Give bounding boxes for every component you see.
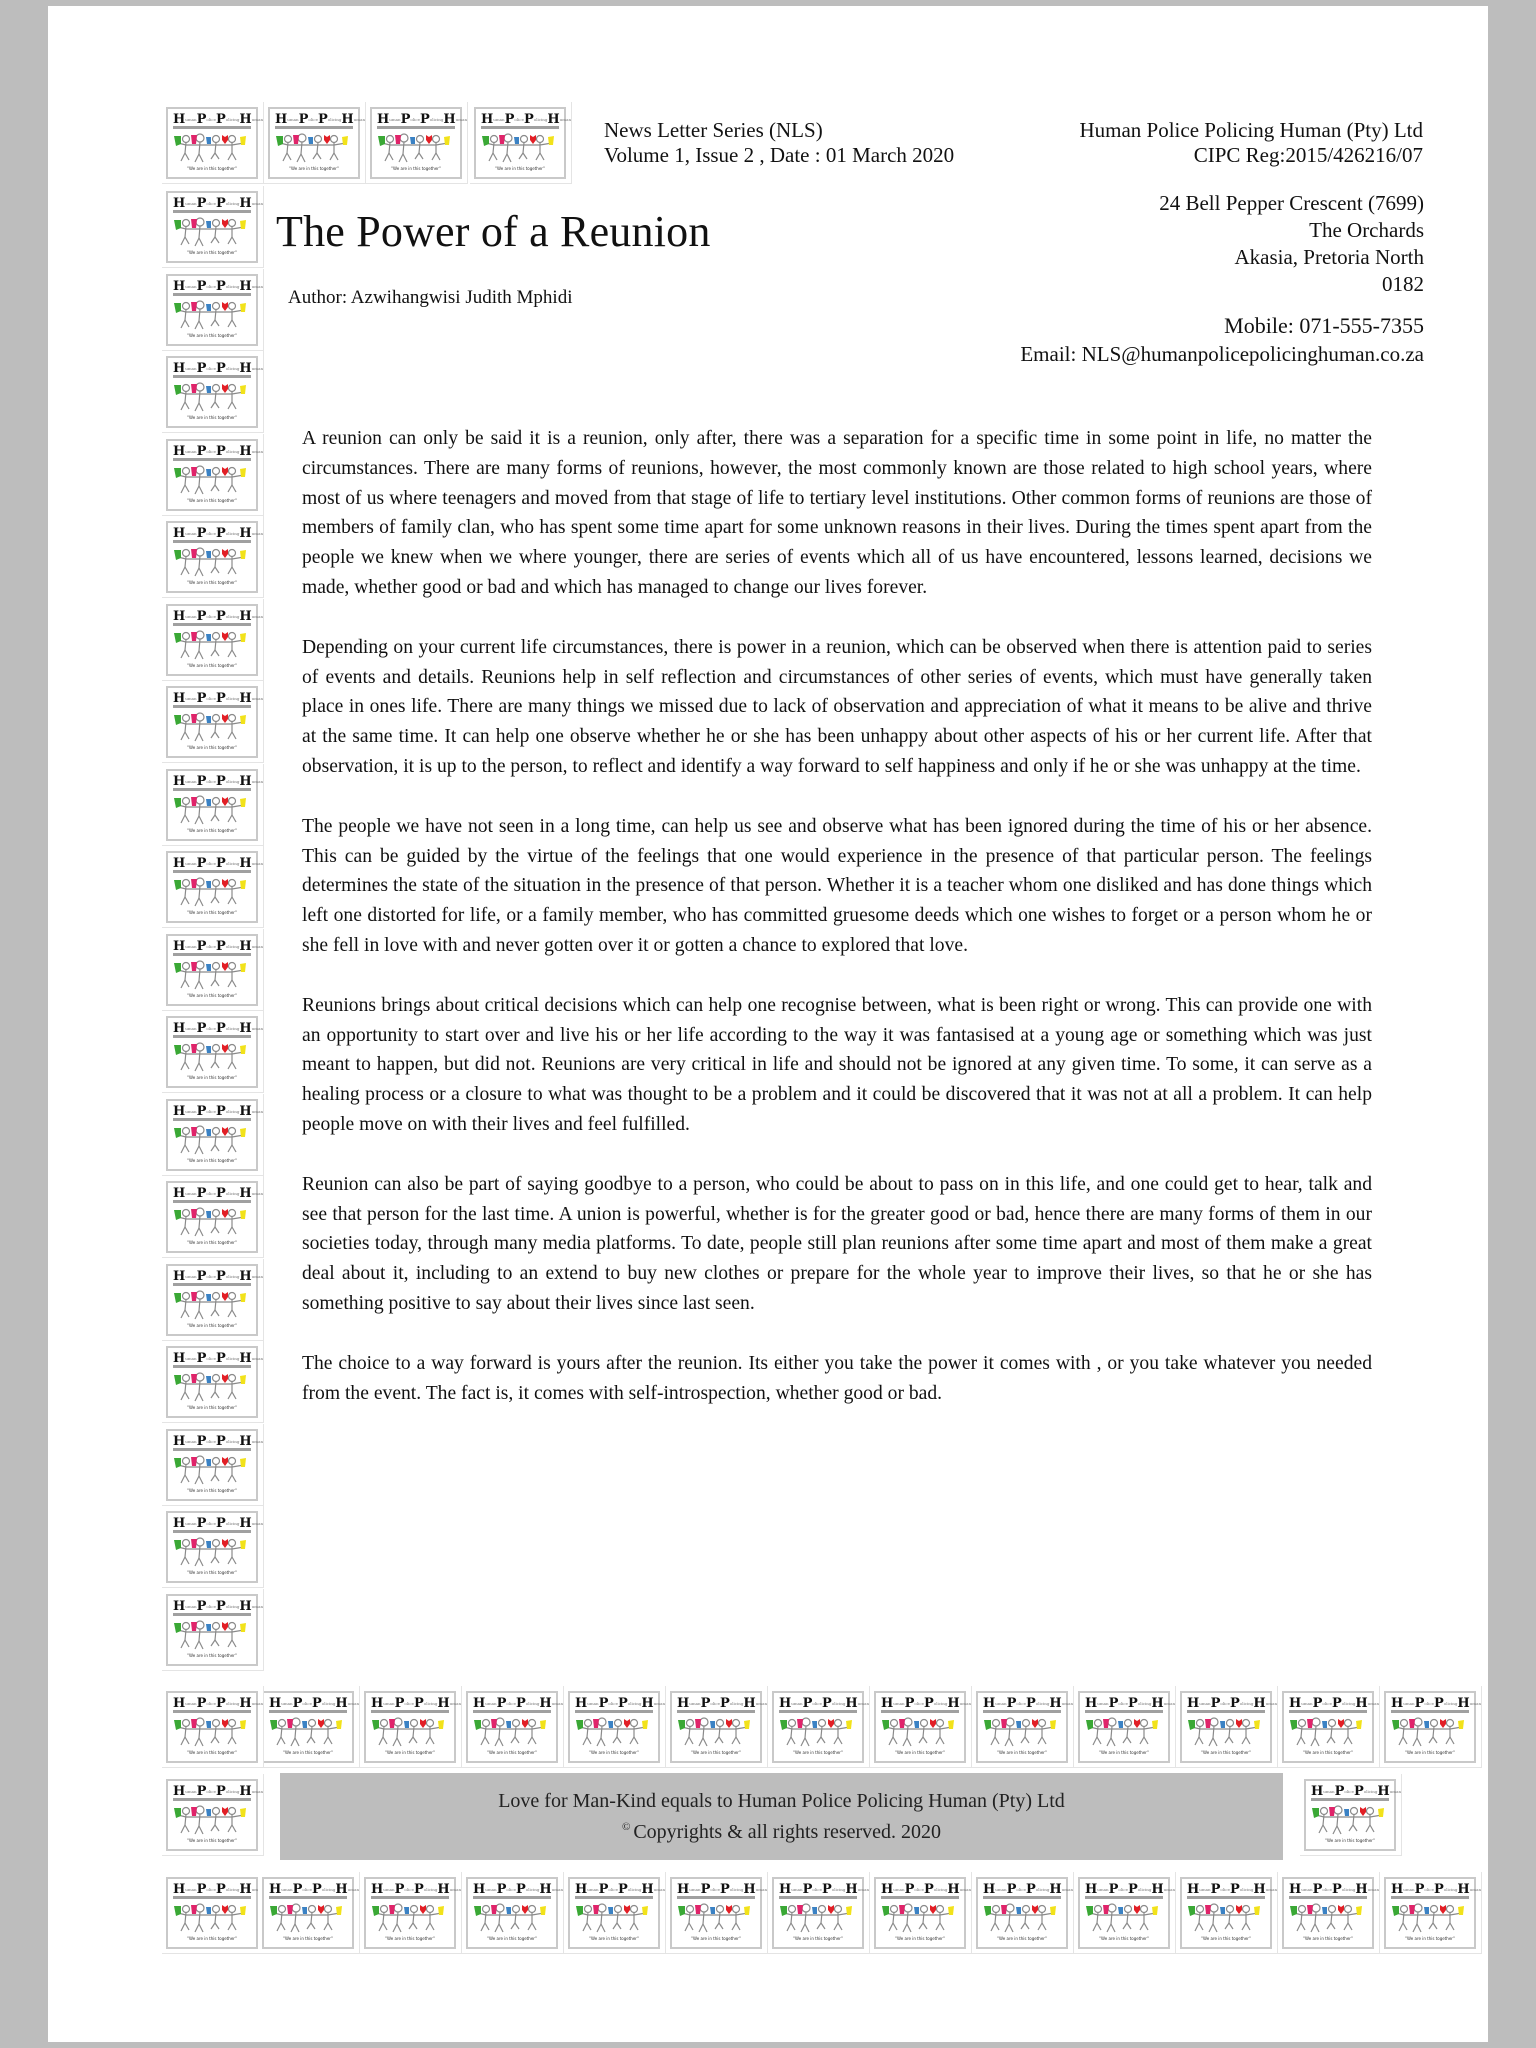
logo-motto: "We are in this together" (589, 1936, 639, 1941)
logo-tile: Human Police Policing Human "We (264, 102, 366, 184)
logo-motto: "We are in this together" (1201, 1936, 1251, 1941)
hpph-logo-icon: Human Police Policing Human "We (976, 1877, 1068, 1949)
logo-letters: Human Police Policing Human (377, 114, 455, 129)
logo-letters: Human Police Policing Human (1311, 1786, 1389, 1801)
hpph-logo-icon: Human Police Policing Human "We (166, 604, 258, 676)
copyright-text: Copyrights & all rights reserved. 2020 (633, 1821, 941, 1843)
article-paragraph: Reunions brings about critical decisions… (302, 991, 1372, 1140)
hpph-logo-icon: Human Police Policing Human "We (976, 1691, 1068, 1763)
logo-letters: Human Police Policing Human (473, 1884, 551, 1899)
hpph-logo-icon: Human Police Policing Human "We (166, 191, 258, 263)
logo-letters: Human Police Policing Human (575, 1698, 653, 1713)
logo-tile: Human Police Policing Human "We (162, 599, 264, 681)
logo-tile: Human Police Policing Human "We (360, 1686, 462, 1768)
address-line-1: 24 Bell Pepper Crescent (7699) (848, 190, 1424, 217)
logo-letters: Human Police Policing Human (173, 1106, 251, 1121)
logo-tile: Human Police Policing Human "We (162, 764, 264, 846)
logo-motto: "We are in this together" (589, 1750, 639, 1755)
logo-motto: "We are in this together" (385, 1936, 435, 1941)
logo-letters: Human Police Policing Human (173, 1188, 251, 1203)
stick-figures-icon (172, 875, 252, 909)
stick-figures-icon (172, 131, 252, 165)
hpph-logo-icon: Human Police Policing Human "We (166, 1691, 258, 1763)
article-body: A reunion can only be said it is a reuni… (302, 424, 1372, 1438)
logo-letters: Human Police Policing Human (473, 1698, 551, 1713)
logo-motto: "We are in this together" (187, 745, 237, 750)
logo-letters: Human Police Policing Human (269, 1698, 347, 1713)
logo-tile: Human Police Policing Human "We (162, 846, 264, 928)
logo-motto: "We are in this together" (1325, 1838, 1375, 1843)
stick-figures-icon (1186, 1715, 1266, 1749)
logo-letters: Human Police Policing Human (173, 198, 251, 213)
stick-figures-icon (172, 1618, 252, 1652)
logo-motto: "We are in this together" (187, 1570, 237, 1575)
email-address: Email: NLS@humanpolicepolicinghuman.co.z… (748, 340, 1424, 368)
hpph-logo-icon: Human Police Policing Human "We (568, 1877, 660, 1949)
hpph-logo-icon: Human Police Policing Human "We (166, 274, 258, 346)
logo-motto: "We are in this together" (1099, 1936, 1149, 1941)
copyright-icon: © (622, 1821, 630, 1833)
logo-tile: Human Police Policing Human "We (162, 1774, 264, 1856)
logo-tile: Human Police Policing Human "We (470, 102, 572, 184)
hpph-logo-icon: Human Police Policing Human "We (466, 1691, 558, 1763)
logo-tile: Human Police Policing Human "We (162, 1506, 264, 1588)
stick-figures-icon (268, 1901, 348, 1935)
logo-tile: Human Police Policing Human "We (258, 1686, 360, 1768)
stick-figures-icon (172, 1205, 252, 1239)
hpph-logo-icon: Human Police Policing Human "We (262, 1877, 354, 1949)
logo-motto: "We are in this together" (895, 1936, 945, 1941)
mobile-number: Mobile: 071-555-7355 (748, 312, 1424, 340)
logo-tile: Human Police Policing Human "We (1278, 1872, 1380, 1954)
stick-figures-icon (370, 1901, 450, 1935)
logo-letters: Human Police Policing Human (881, 1698, 959, 1713)
footer-slogan: Love for Man-Kind equals to Human Police… (498, 1788, 1065, 1814)
logo-tile: Human Police Policing Human "We (1074, 1872, 1176, 1954)
stick-figures-icon (172, 463, 252, 497)
logo-motto: "We are in this together" (187, 1838, 237, 1843)
stick-figures-icon (982, 1901, 1062, 1935)
hpph-logo-icon: Human Police Policing Human "We (166, 769, 258, 841)
hpph-logo-icon: Human Police Policing Human "We (1282, 1691, 1374, 1763)
hpph-logo-icon: Human Police Policing Human "We (568, 1691, 660, 1763)
logo-motto: "We are in this together" (187, 1653, 237, 1658)
logo-letters: Human Police Policing Human (983, 1884, 1061, 1899)
logo-letters: Human Police Policing Human (173, 528, 251, 543)
logo-letters: Human Police Policing Human (1289, 1698, 1367, 1713)
hpph-logo-icon: Human Police Policing Human "We (166, 1346, 258, 1418)
logo-letters: Human Police Policing Human (371, 1698, 449, 1713)
hpph-logo-icon: Human Police Policing Human "We (262, 1691, 354, 1763)
article-paragraph: A reunion can only be said it is a reuni… (302, 424, 1372, 603)
hpph-logo-icon: Human Police Policing Human "We (1384, 1691, 1476, 1763)
stick-figures-icon (778, 1901, 858, 1935)
logo-tile: Human Police Policing Human "We (666, 1872, 768, 1954)
hpph-logo-icon: Human Police Policing Human "We (874, 1877, 966, 1949)
logo-tile: Human Police Policing Human "We (162, 1424, 264, 1506)
logo-motto: "We are in this together" (793, 1750, 843, 1755)
logo-letters: Human Police Policing Human (1391, 1884, 1469, 1899)
logo-tile: Human Police Policing Human "We (1380, 1686, 1482, 1768)
article-author: Author: Azwihangwisi Judith Mphidi (288, 286, 572, 310)
volume-issue-date: Volume 1, Issue 2 , Date : 01 March 2020 (604, 143, 954, 168)
stick-figures-icon (172, 215, 252, 249)
logo-tile: Human Police Policing Human "We (1176, 1686, 1278, 1768)
hpph-logo-icon: Human Police Policing Human "We (166, 439, 258, 511)
stick-figures-icon (172, 710, 252, 744)
logo-motto: "We are in this together" (283, 1936, 333, 1941)
logo-tile: Human Police Policing Human "We (768, 1872, 870, 1954)
stick-figures-icon (172, 1803, 252, 1837)
footer-copyright: ©Copyrights & all rights reserved. 2020 (622, 1814, 941, 1845)
logo-letters: Human Police Policing Human (173, 1271, 251, 1286)
logo-tile: Human Police Policing Human "We (462, 1872, 564, 1954)
series-label: News Letter Series (NLS) (604, 118, 954, 143)
hpph-logo-icon: Human Police Policing Human "We (166, 851, 258, 923)
logo-motto: "We are in this together" (691, 1750, 741, 1755)
article-title: The Power of a Reunion (276, 206, 711, 258)
contact-info: Mobile: 071-555-7355 Email: NLS@humanpol… (748, 312, 1424, 368)
logo-motto: "We are in this together" (187, 415, 237, 420)
hpph-logo-icon: Human Police Policing Human "We (670, 1877, 762, 1949)
logo-letters: Human Police Policing Human (173, 1353, 251, 1368)
logo-tile: Human Police Policing Human "We (162, 1686, 264, 1768)
logo-letters: Human Police Policing Human (779, 1698, 857, 1713)
stick-figures-icon (1084, 1901, 1164, 1935)
logo-motto: "We are in this together" (187, 1240, 237, 1245)
logo-tile: Human Police Policing Human "We (1176, 1872, 1278, 1954)
logo-motto: "We are in this together" (187, 663, 237, 668)
stick-figures-icon (172, 298, 252, 332)
logo-tile: Human Police Policing Human "We (162, 1094, 264, 1176)
hpph-logo-icon: Human Police Policing Human "We (1282, 1877, 1374, 1949)
logo-motto: "We are in this together" (187, 498, 237, 503)
logo-letters: Human Police Policing Human (173, 1436, 251, 1451)
logo-motto: "We are in this together" (895, 1750, 945, 1755)
hpph-logo-icon: Human Police Policing Human "We (670, 1691, 762, 1763)
logo-letters: Human Police Policing Human (881, 1884, 959, 1899)
stick-figures-icon (1084, 1715, 1164, 1749)
logo-letters: Human Police Policing Human (1187, 1884, 1265, 1899)
logo-letters: Human Police Policing Human (575, 1884, 653, 1899)
company-address: 24 Bell Pepper Crescent (7699) The Orcha… (848, 190, 1424, 298)
logo-tile: Human Police Policing Human "We (162, 681, 264, 763)
logo-motto: "We are in this together" (187, 580, 237, 585)
stick-figures-icon (778, 1715, 858, 1749)
logo-letters: Human Police Policing Human (275, 114, 353, 129)
stick-figures-icon (1186, 1901, 1266, 1935)
logo-motto: "We are in this together" (1201, 1750, 1251, 1755)
address-postal-code: 0182 (848, 271, 1424, 298)
stick-figures-icon (172, 545, 252, 579)
logo-tile: Human Police Policing Human "We (162, 186, 264, 268)
hpph-logo-icon: Human Police Policing Human "We (1304, 1779, 1396, 1851)
stick-figures-icon (172, 380, 252, 414)
stick-figures-icon (1310, 1803, 1390, 1837)
stick-figures-icon (1288, 1715, 1368, 1749)
logo-tile: Human Police Policing Human "We (162, 269, 264, 351)
hpph-logo-icon: Human Police Policing Human "We (268, 107, 360, 179)
logo-tile: Human Police Policing Human "We (258, 1872, 360, 1954)
logo-motto: "We are in this together" (691, 1936, 741, 1941)
article-paragraph: The choice to a way forward is yours aft… (302, 1349, 1372, 1409)
logo-motto: "We are in this together" (1303, 1936, 1353, 1941)
logo-motto: "We are in this together" (391, 166, 441, 171)
stick-figures-icon (472, 1901, 552, 1935)
stick-figures-icon (268, 1715, 348, 1749)
logo-motto: "We are in this together" (187, 1075, 237, 1080)
registration-number: CIPC Reg:2015/426216/07 (948, 143, 1423, 168)
logo-motto: "We are in this together" (187, 910, 237, 915)
hpph-logo-icon: Human Police Policing Human "We (166, 1099, 258, 1171)
stick-figures-icon (472, 1715, 552, 1749)
logo-motto: "We are in this together" (283, 1750, 333, 1755)
logo-motto: "We are in this together" (187, 1323, 237, 1328)
stick-figures-icon (1390, 1715, 1470, 1749)
logo-motto: "We are in this together" (487, 1936, 537, 1941)
hpph-logo-icon: Human Police Policing Human "We (474, 107, 566, 179)
address-line-3: Akasia, Pretoria North (848, 244, 1424, 271)
footer-banner: Love for Man-Kind equals to Human Police… (280, 1773, 1283, 1860)
logo-letters: Human Police Policing Human (173, 1884, 251, 1899)
logo-tile: Human Police Policing Human "We (462, 1686, 564, 1768)
logo-motto: "We are in this together" (187, 993, 237, 998)
article-paragraph: The people we have not seen in a long ti… (302, 812, 1372, 961)
hpph-logo-icon: Human Police Policing Human "We (370, 107, 462, 179)
hpph-logo-icon: Human Police Policing Human "We (166, 1511, 258, 1583)
article-paragraph: Reunion can also be part of saying goodb… (302, 1170, 1372, 1319)
stick-figures-icon (172, 958, 252, 992)
stick-figures-icon (172, 1535, 252, 1569)
stick-figures-icon (172, 1453, 252, 1487)
stick-figures-icon (172, 628, 252, 662)
logo-letters: Human Police Policing Human (173, 114, 251, 129)
logo-tile: Human Police Policing Human "We (564, 1872, 666, 1954)
logo-tile: Human Police Policing Human "We (162, 1176, 264, 1258)
logo-tile: Human Police Policing Human "We (360, 1872, 462, 1954)
hpph-logo-icon: Human Police Policing Human "We (166, 356, 258, 428)
logo-letters: Human Police Policing Human (677, 1884, 755, 1899)
logo-letters: Human Police Policing Human (269, 1884, 347, 1899)
stick-figures-icon (1288, 1901, 1368, 1935)
stick-figures-icon (172, 1123, 252, 1157)
logo-tile: Human Police Policing Human "We (162, 434, 264, 516)
logo-tile: Human Police Policing Human "We (162, 516, 264, 598)
newsletter-page: Human Police Policing Human "We (48, 6, 1488, 2042)
hpph-logo-icon: Human Police Policing Human "We (166, 1877, 258, 1949)
logo-letters: Human Police Policing Human (1085, 1884, 1163, 1899)
logo-tile: Human Police Policing Human "We (768, 1686, 870, 1768)
logo-tile: Human Police Policing Human "We (870, 1872, 972, 1954)
stick-figures-icon (676, 1715, 756, 1749)
logo-letters: Human Police Policing Human (173, 776, 251, 791)
hpph-logo-icon: Human Police Policing Human "We (874, 1691, 966, 1763)
logo-tile: Human Police Policing Human "We (366, 102, 468, 184)
logo-motto: "We are in this together" (385, 1750, 435, 1755)
logo-motto: "We are in this together" (487, 1750, 537, 1755)
logo-letters: Human Police Policing Human (1085, 1698, 1163, 1713)
logo-motto: "We are in this together" (187, 250, 237, 255)
logo-motto: "We are in this together" (495, 166, 545, 171)
logo-letters: Human Police Policing Human (173, 1786, 251, 1801)
stick-figures-icon (1390, 1901, 1470, 1935)
logo-letters: Human Police Policing Human (481, 114, 559, 129)
logo-motto: "We are in this together" (997, 1936, 1047, 1941)
stick-figures-icon (982, 1715, 1062, 1749)
logo-tile: Human Police Policing Human "We (666, 1686, 768, 1768)
logo-motto: "We are in this together" (289, 166, 339, 171)
logo-tile: Human Police Policing Human "We (162, 929, 264, 1011)
logo-tile: Human Police Policing Human "We (1278, 1686, 1380, 1768)
stick-figures-icon (172, 1370, 252, 1404)
logo-tile: Human Police Policing Human "We (162, 1589, 264, 1671)
stick-figures-icon (172, 1288, 252, 1322)
logo-letters: Human Police Policing Human (173, 693, 251, 708)
logo-letters: Human Police Policing Human (779, 1884, 857, 1899)
stick-figures-icon (676, 1901, 756, 1935)
logo-letters: Human Police Policing Human (173, 1698, 251, 1713)
hpph-logo-icon: Human Police Policing Human "We (166, 686, 258, 758)
stick-figures-icon (574, 1901, 654, 1935)
logo-letters: Human Police Policing Human (173, 858, 251, 873)
logo-tile: Human Police Policing Human "We (162, 102, 264, 184)
logo-letters: Human Police Policing Human (173, 363, 251, 378)
logo-tile: Human Police Policing Human "We (1074, 1686, 1176, 1768)
address-line-2: The Orchards (848, 217, 1424, 244)
stick-figures-icon (880, 1715, 960, 1749)
logo-motto: "We are in this together" (1405, 1750, 1455, 1755)
logo-tile: Human Police Policing Human "We (972, 1872, 1074, 1954)
logo-letters: Human Police Policing Human (1289, 1884, 1367, 1899)
hpph-logo-icon: Human Police Policing Human "We (166, 107, 258, 179)
stick-figures-icon (370, 1715, 450, 1749)
logo-letters: Human Police Policing Human (173, 1518, 251, 1533)
logo-tile: Human Police Policing Human "We (1300, 1774, 1402, 1856)
hpph-logo-icon: Human Police Policing Human "We (166, 1594, 258, 1666)
logo-tile: Human Police Policing Human "We (564, 1686, 666, 1768)
logo-letters: Human Police Policing Human (173, 1601, 251, 1616)
hpph-logo-icon: Human Police Policing Human "We (772, 1691, 864, 1763)
logo-motto: "We are in this together" (793, 1936, 843, 1941)
stick-figures-icon (172, 1901, 252, 1935)
logo-letters: Human Police Policing Human (983, 1698, 1061, 1713)
stick-figures-icon (376, 131, 456, 165)
logo-tile: Human Police Policing Human "We (870, 1686, 972, 1768)
logo-motto: "We are in this together" (187, 1405, 237, 1410)
newsletter-info: News Letter Series (NLS) Volume 1, Issue… (604, 118, 954, 168)
logo-motto: "We are in this together" (187, 166, 237, 171)
company-name: Human Police Policing Human (Pty) Ltd (948, 118, 1423, 143)
hpph-logo-icon: Human Police Policing Human "We (166, 1264, 258, 1336)
logo-letters: Human Police Policing Human (173, 611, 251, 626)
logo-tile: Human Police Policing Human "We (1380, 1872, 1482, 1954)
stick-figures-icon (880, 1901, 960, 1935)
stick-figures-icon (172, 1040, 252, 1074)
logo-letters: Human Police Policing Human (173, 941, 251, 956)
hpph-logo-icon: Human Police Policing Human "We (364, 1877, 456, 1949)
logo-letters: Human Police Policing Human (1391, 1698, 1469, 1713)
logo-motto: "We are in this together" (187, 1750, 237, 1755)
logo-letters: Human Police Policing Human (1187, 1698, 1265, 1713)
logo-tile: Human Police Policing Human "We (162, 1872, 264, 1954)
hpph-logo-icon: Human Police Policing Human "We (466, 1877, 558, 1949)
stick-figures-icon (480, 131, 560, 165)
logo-motto: "We are in this together" (187, 828, 237, 833)
hpph-logo-icon: Human Police Policing Human "We (772, 1877, 864, 1949)
logo-motto: "We are in this together" (997, 1750, 1047, 1755)
hpph-logo-icon: Human Police Policing Human "We (1078, 1691, 1170, 1763)
logo-tile: Human Police Policing Human "We (972, 1686, 1074, 1768)
hpph-logo-icon: Human Police Policing Human "We (166, 1779, 258, 1851)
logo-motto: "We are in this together" (1099, 1750, 1149, 1755)
logo-motto: "We are in this together" (187, 1936, 237, 1941)
article-paragraph: Depending on your current life circumsta… (302, 633, 1372, 782)
logo-motto: "We are in this together" (187, 1158, 237, 1163)
hpph-logo-icon: Human Police Policing Human "We (1180, 1877, 1272, 1949)
logo-letters: Human Police Policing Human (677, 1698, 755, 1713)
logo-motto: "We are in this together" (187, 1488, 237, 1493)
stick-figures-icon (574, 1715, 654, 1749)
hpph-logo-icon: Human Police Policing Human "We (1384, 1877, 1476, 1949)
hpph-logo-icon: Human Police Policing Human "We (166, 1429, 258, 1501)
logo-tile: Human Police Policing Human "We (162, 1341, 264, 1423)
logo-tile: Human Police Policing Human "We (162, 1011, 264, 1093)
hpph-logo-icon: Human Police Policing Human "We (166, 1016, 258, 1088)
hpph-logo-icon: Human Police Policing Human "We (166, 1181, 258, 1253)
stick-figures-icon (172, 1715, 252, 1749)
logo-motto: "We are in this together" (187, 333, 237, 338)
hpph-logo-icon: Human Police Policing Human "We (1180, 1691, 1272, 1763)
logo-tile: Human Police Policing Human "We (162, 351, 264, 433)
hpph-logo-icon: Human Police Policing Human "We (1078, 1877, 1170, 1949)
hpph-logo-icon: Human Police Policing Human "We (166, 934, 258, 1006)
stick-figures-icon (172, 793, 252, 827)
hpph-logo-icon: Human Police Policing Human "We (364, 1691, 456, 1763)
logo-letters: Human Police Policing Human (173, 1023, 251, 1038)
hpph-logo-icon: Human Police Policing Human "We (166, 521, 258, 593)
logo-letters: Human Police Policing Human (173, 281, 251, 296)
logo-tile: Human Police Policing Human "We (162, 1259, 264, 1341)
logo-motto: "We are in this together" (1405, 1936, 1455, 1941)
company-info: Human Police Policing Human (Pty) Ltd CI… (948, 118, 1423, 168)
stick-figures-icon (274, 131, 354, 165)
logo-letters: Human Police Policing Human (173, 446, 251, 461)
logo-motto: "We are in this together" (1303, 1750, 1353, 1755)
logo-letters: Human Police Policing Human (371, 1884, 449, 1899)
